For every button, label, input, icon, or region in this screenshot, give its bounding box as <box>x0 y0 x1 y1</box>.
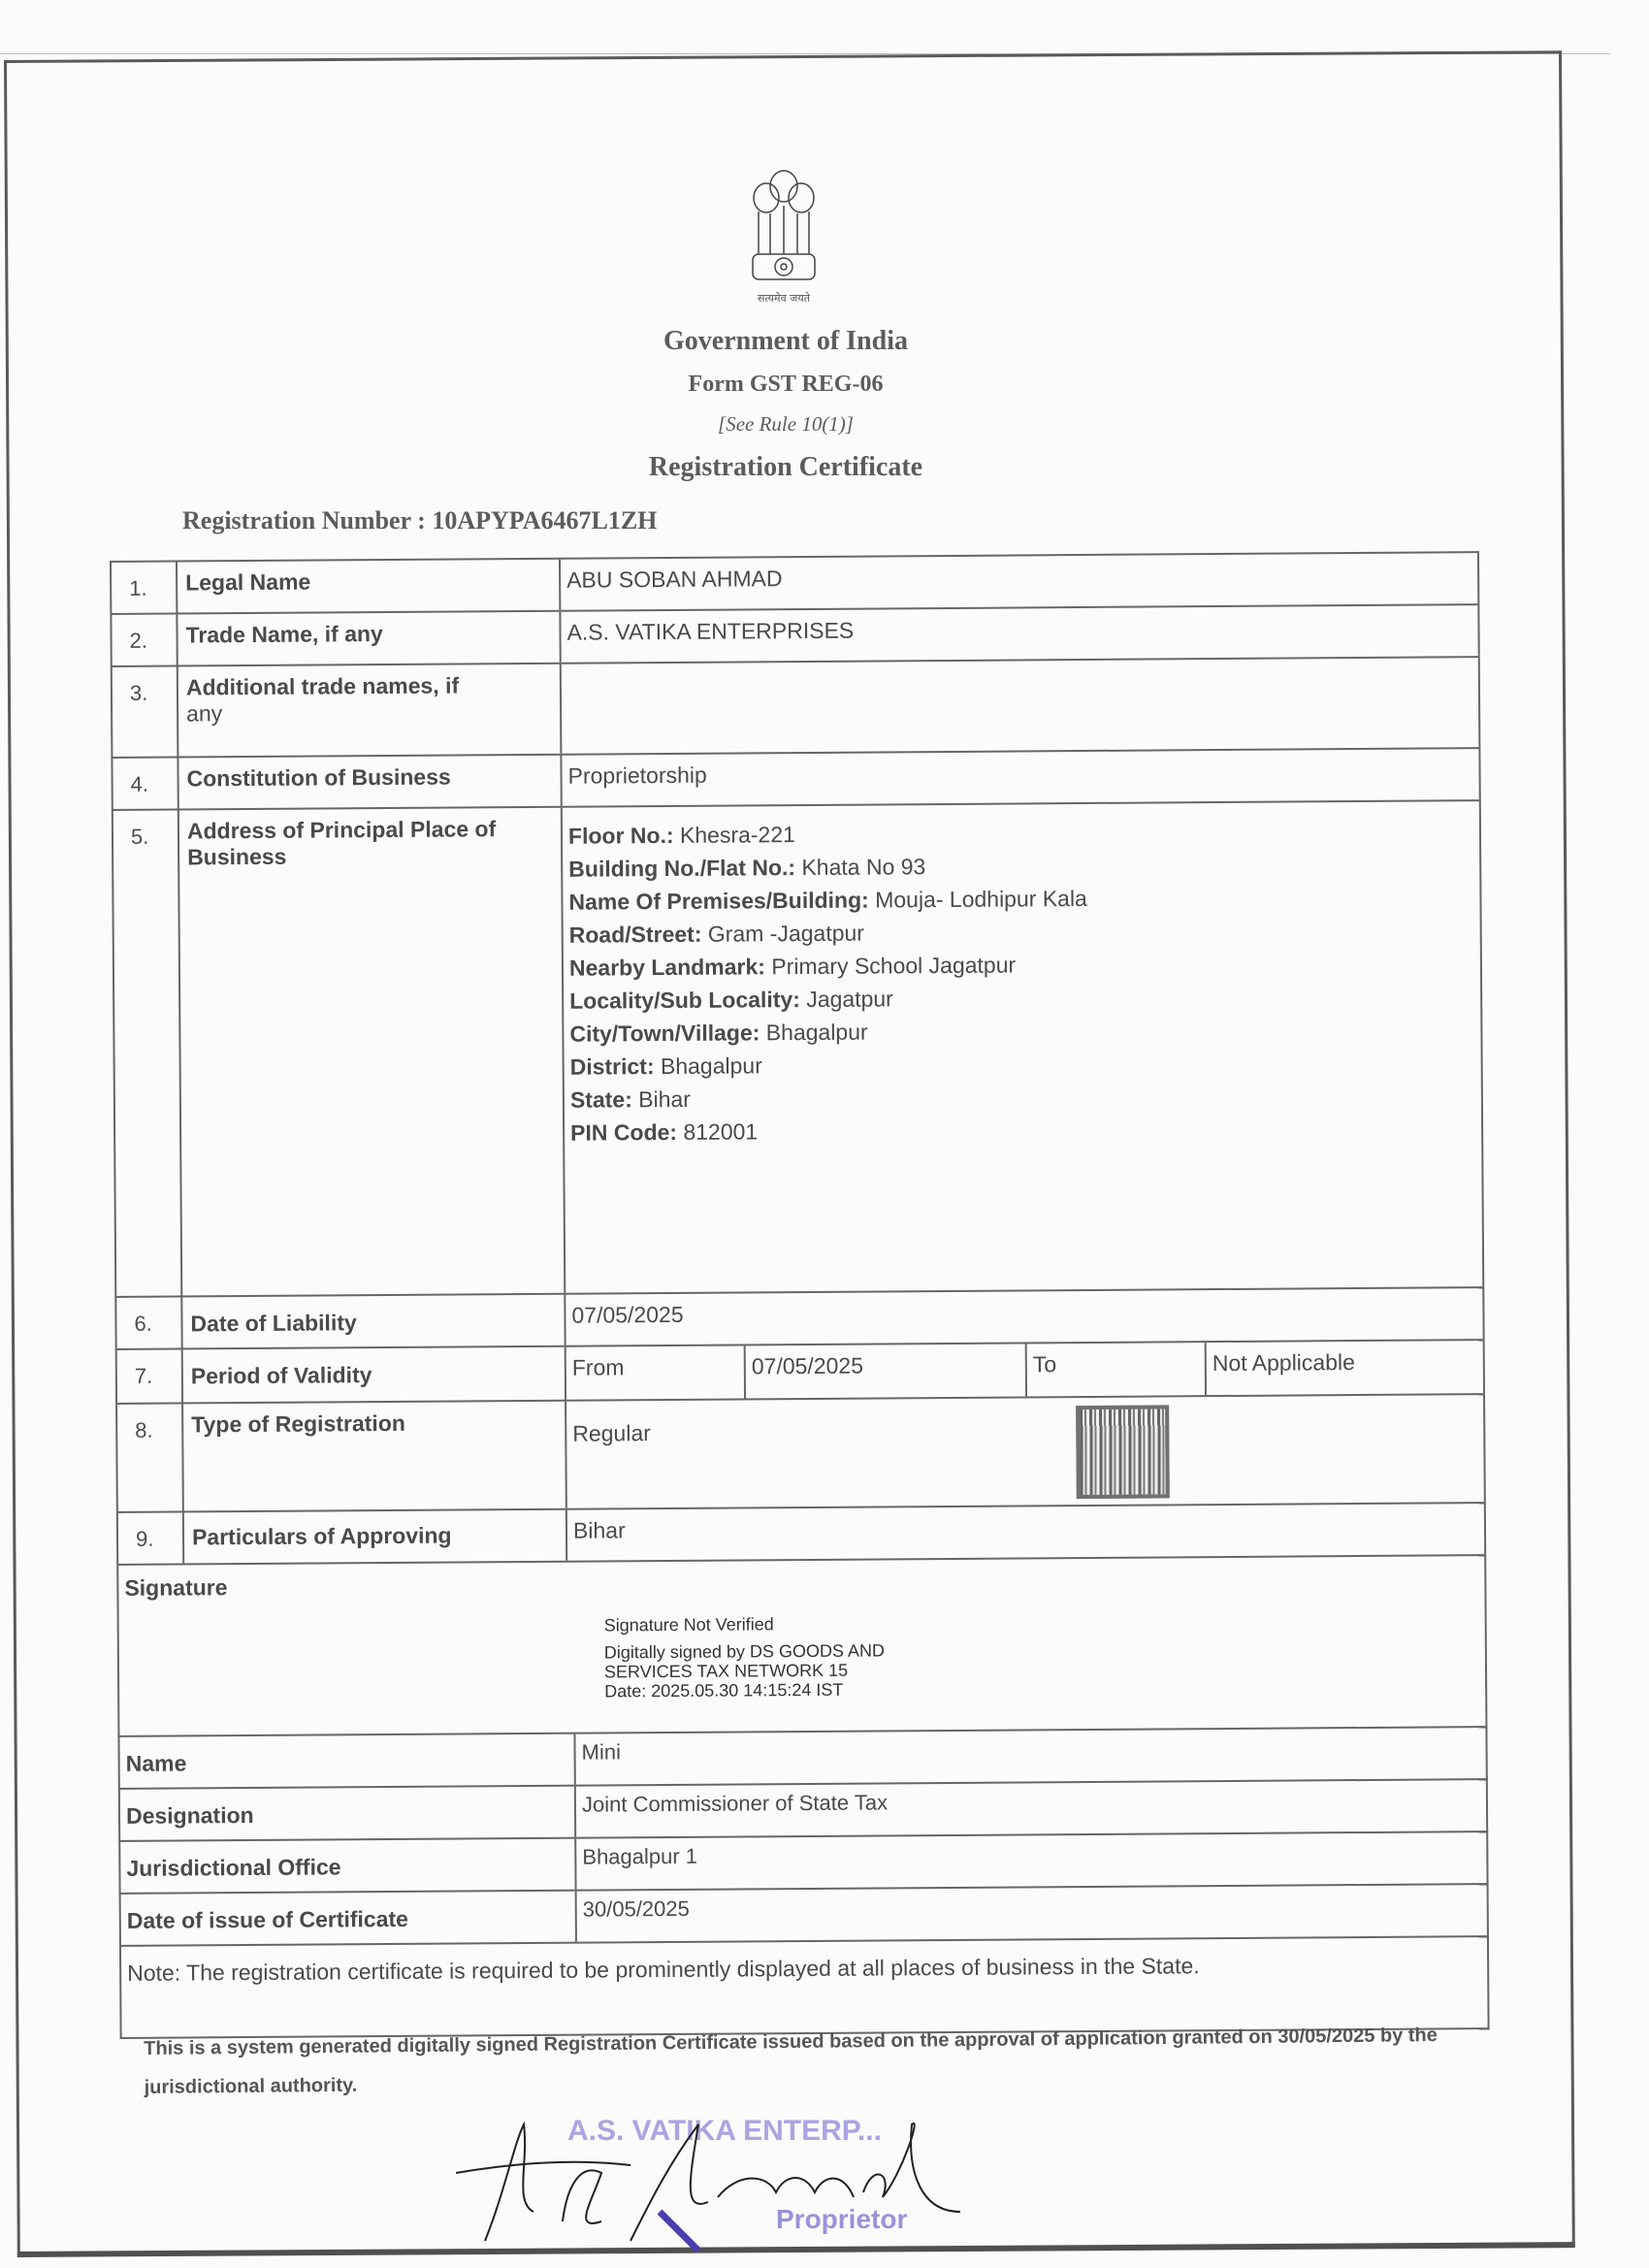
signature-label: Signature <box>124 1574 227 1602</box>
emblem-motto: सत्यमेव जयते <box>745 291 823 306</box>
registration-number: Registration Number : 10APYPA6467L1ZH <box>182 506 657 535</box>
validity-from-label: From <box>566 1345 746 1399</box>
address-value: Gram -Jagatpur <box>708 921 864 947</box>
certificate-table: 1. Legal Name ABU SOBAN AHMAD 2. Trade N… <box>110 551 1490 2039</box>
table-row-address: 5. Address of Principal Place of Busines… <box>112 801 1484 1298</box>
row-value: Bihar <box>567 1504 1486 1561</box>
row-value: Proprietorship <box>562 749 1480 806</box>
table-row-trade-name: 2. Trade Name, if any A.S. VATIKA ENTERP… <box>110 605 1479 667</box>
row-label: Additional trade names, if any <box>178 664 563 757</box>
officer-value: Mini <box>575 1728 1485 1785</box>
validity-from-value: 07/05/2025 <box>746 1344 1027 1398</box>
address-value: Bihar <box>638 1086 691 1112</box>
row-number: 1. <box>110 563 178 613</box>
row-value: Regular <box>572 1420 651 1446</box>
row-number: 6. <box>114 1297 182 1347</box>
officer-value: Joint Commissioner of State Tax <box>576 1780 1486 1837</box>
address-key: State: <box>570 1086 632 1112</box>
row-label: Legal Name <box>178 560 561 613</box>
government-heading: Government of India <box>543 326 1028 357</box>
row-label: Address of Principal Place of Business <box>179 808 566 1296</box>
row-value-cell: Regular <box>566 1395 1486 1508</box>
qr-code-icon <box>1076 1405 1170 1499</box>
table-row-legal-name: 1. Legal Name ABU SOBAN AHMAD <box>110 551 1479 615</box>
address-key: PIN Code: <box>570 1119 677 1146</box>
row-label: Constitution of Business <box>178 756 562 809</box>
row-value: 07/05/2025 <box>566 1288 1484 1345</box>
officer-value: Bhagalpur 1 <box>576 1832 1486 1890</box>
row-number: 3. <box>111 667 179 757</box>
digital-signature-block: Signature Not Verified Digitally signed … <box>604 1613 886 1701</box>
row-label: Period of Validity <box>183 1347 566 1403</box>
address-key: District: <box>570 1053 655 1080</box>
row-number: 2. <box>110 615 178 665</box>
table-row-constitution: 4. Constitution of Business Proprietorsh… <box>111 749 1480 811</box>
address-key: Floor No.: <box>568 823 674 849</box>
officer-value: 30/05/2025 <box>577 1885 1487 1942</box>
table-row-type-of-registration: 8. Type of Registration Regular <box>115 1395 1486 1513</box>
address-value: Jagatpur <box>806 986 893 1012</box>
row-label: Particulars of Approving <box>184 1510 567 1564</box>
signature-signer-line2: SERVICES TAX NETWORK 15 <box>604 1660 885 1681</box>
address-key: City/Town/Village: <box>569 1020 760 1046</box>
row-label: Type of Registration <box>183 1402 567 1511</box>
address-value: 812001 <box>683 1118 758 1145</box>
signature-row: Signature Signature Not Verified Digital… <box>116 1556 1487 1737</box>
validity-grid: From 07/05/2025 To Not Applicable <box>566 1341 1483 1400</box>
address-pin: PIN Code: 812001 <box>570 1110 1475 1150</box>
form-heading: Form GST REG-06 <box>543 372 1028 398</box>
address-key: Nearby Landmark: <box>569 954 765 980</box>
row-number: 5. <box>112 811 182 1296</box>
table-row-particulars-of-approving: 9. Particulars of Approving Bihar <box>116 1504 1486 1566</box>
address-value: Primary School Jagatpur <box>771 952 1016 979</box>
table-row-date-of-liability: 6. Date of Liability 07/05/2025 <box>114 1288 1484 1350</box>
officer-label: Jurisdictional Office <box>120 1839 576 1893</box>
officer-row-name: Name Mini <box>117 1728 1487 1790</box>
officer-row-jurisdictional-office: Jurisdictional Office Bhagalpur 1 <box>118 1832 1488 1895</box>
row-number: 7. <box>115 1349 183 1402</box>
row-label-line1: Additional trade names, if <box>186 672 552 701</box>
validity-to-label: To <box>1027 1343 1207 1396</box>
row-number: 4. <box>111 759 178 809</box>
row-value: ABU SOBAN AHMAD <box>561 553 1479 610</box>
address-key: Road/Street: <box>569 922 702 948</box>
officer-label: Name <box>119 1734 575 1788</box>
officer-row-date-of-issue: Date of issue of Certificate 30/05/2025 <box>119 1885 1489 1947</box>
row-value <box>562 658 1481 754</box>
certificate-title: Registration Certificate <box>543 452 1028 483</box>
row-number: 8. <box>115 1404 184 1510</box>
registration-number-value: 10APYPA6467L1ZH <box>432 506 657 535</box>
row-number: 9. <box>116 1512 184 1563</box>
table-row-additional-trade-names: 3. Additional trade names, if any <box>111 658 1481 759</box>
validity-to-value: Not Applicable <box>1207 1341 1483 1395</box>
address-key: Locality/Sub Locality: <box>569 987 800 1014</box>
signature-status: Signature Not Verified <box>604 1613 885 1635</box>
row-value: A.S. VATIKA ENTERPRISES <box>561 605 1479 663</box>
rule-reference: [See Rule 10(1)] <box>543 412 1028 437</box>
address-key: Name Of Premises/Building: <box>568 888 868 915</box>
handwritten-signature-icon <box>456 2105 980 2260</box>
address-block: Floor No.: Khesra-221 Building No./Flat … <box>563 801 1484 1293</box>
signature-signer-line1: Digitally signed by DS GOODS AND <box>604 1640 885 1662</box>
row-label: Trade Name, if any <box>178 612 561 665</box>
address-value: Bhagalpur <box>661 1053 762 1079</box>
address-value: Bhagalpur <box>766 1020 868 1046</box>
officer-label: Designation <box>120 1787 576 1840</box>
table-row-period-of-validity: 7. Period of Validity From 07/05/2025 To… <box>115 1341 1485 1405</box>
officer-row-designation: Designation Joint Commissioner of State … <box>118 1780 1488 1842</box>
registration-number-label: Registration Number : <box>182 506 426 535</box>
address-value: Mouja- Lodhipur Kala <box>875 886 1087 913</box>
address-value: Khata No 93 <box>801 854 925 880</box>
validity-cells: From 07/05/2025 To Not Applicable <box>566 1341 1485 1400</box>
row-label: Date of Liability <box>182 1295 566 1348</box>
address-value: Khesra-221 <box>680 822 795 848</box>
row-label-line2: any <box>186 698 552 728</box>
address-key: Building No./Flat No.: <box>568 855 795 882</box>
signature-date: Date: 2025.05.30 14:15:24 IST <box>604 1679 885 1701</box>
footer-statement: This is a system generated digitally sig… <box>144 2016 1483 2107</box>
officer-label: Date of issue of Certificate <box>121 1892 577 1945</box>
ashoka-emblem-icon <box>745 165 823 291</box>
